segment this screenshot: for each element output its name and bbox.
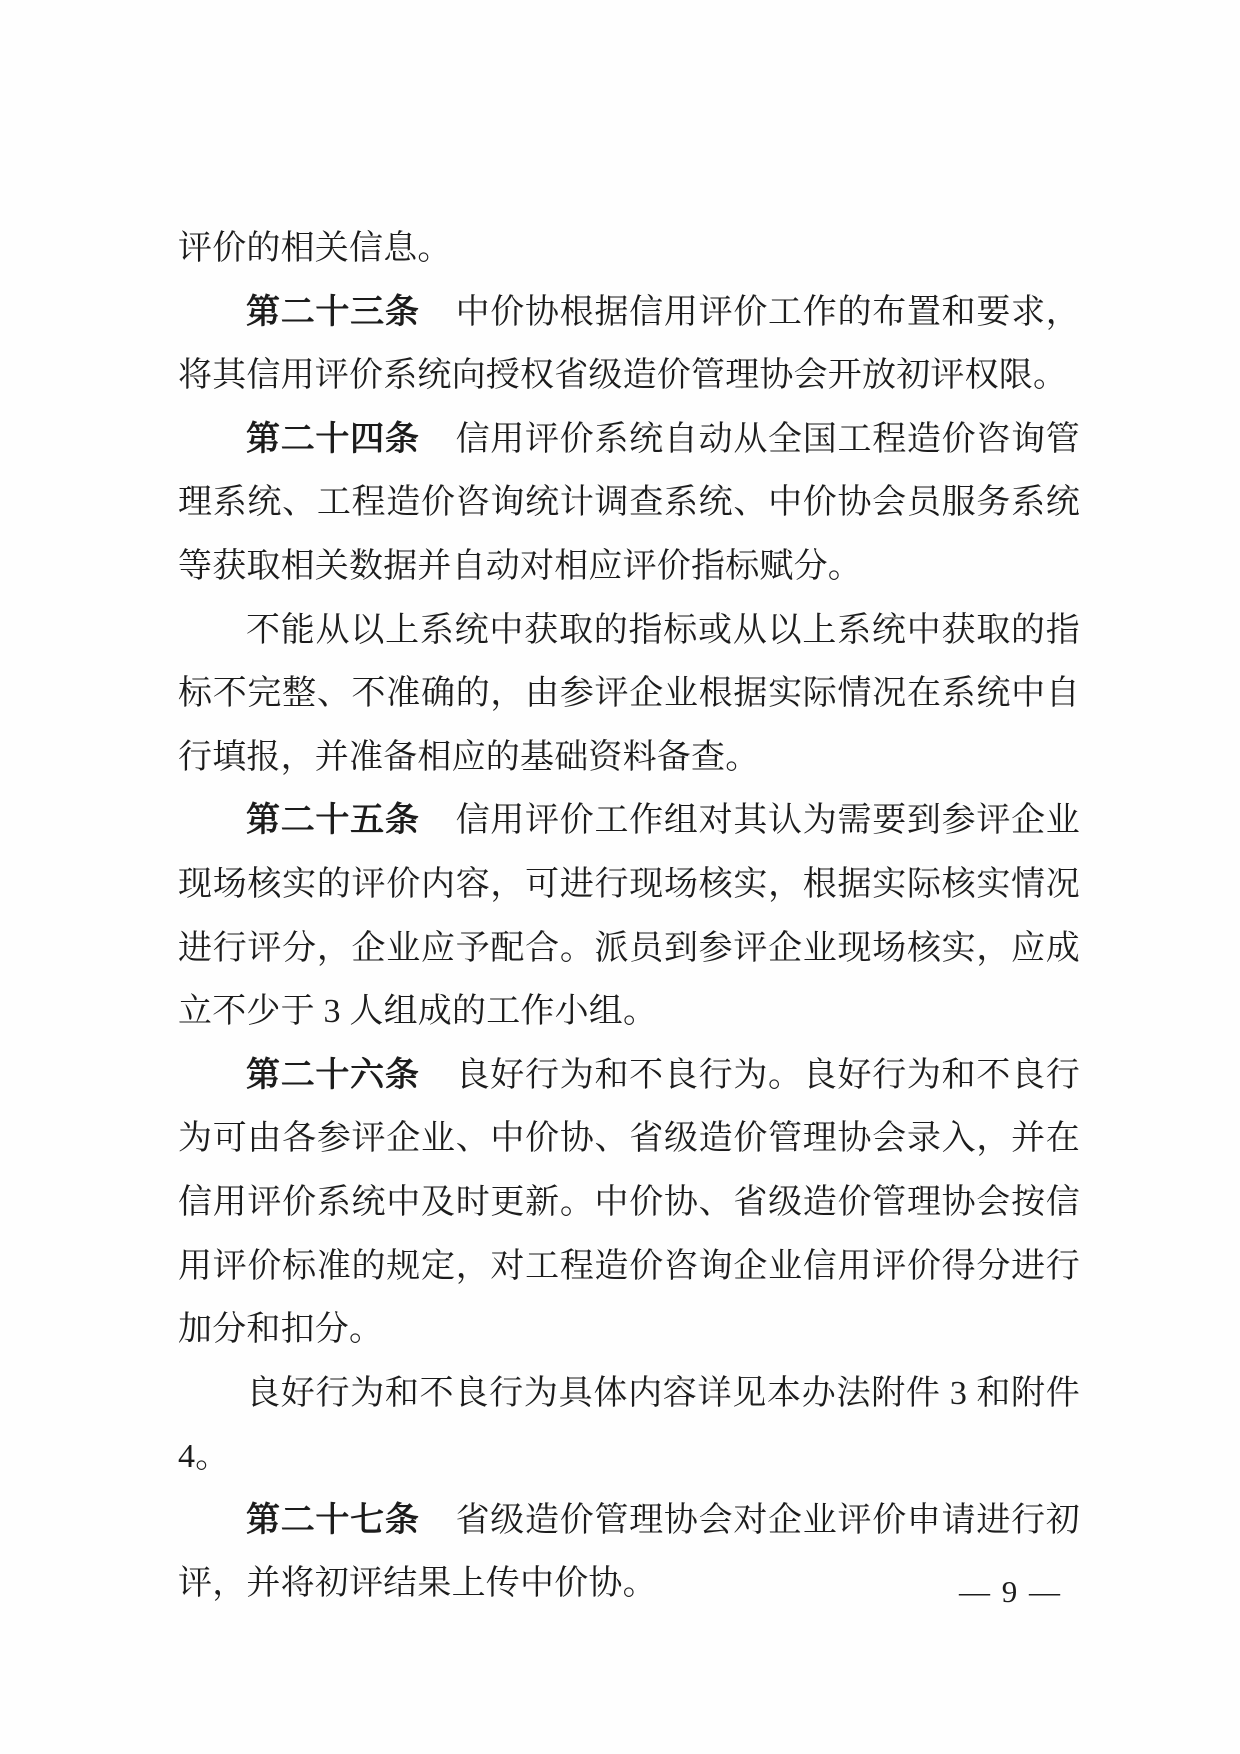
paragraph-text: 不能从以上系统中获取的指标或从以上系统中获取的指标不完整、不准确的，由参评企业根… [178,612,1080,776]
paragraph-text: 良好行为和不良行为具体内容详见本办法附件 3 和附件 4。 [178,1375,1080,1476]
page-number: — 9 — [959,1574,1062,1610]
paragraph: 良好行为和不良行为具体内容详见本办法附件 3 和附件 4。 [178,1362,1080,1489]
article-paragraph: 第二十三条中价协根据信用评价工作的布置和要求，将其信用评价系统向授权省级造价管理… [178,281,1080,408]
article-paragraph: 第二十七条省级造价管理协会对企业评价申请进行初评，并将初评结果上传中价协。 [178,1489,1080,1616]
article-number: 第二十四条 [246,421,420,458]
paragraph: 不能从以上系统中获取的指标或从以上系统中获取的指标不完整、不准确的，由参评企业根… [178,599,1080,790]
paragraph: 评价的相关信息。 [178,217,1080,281]
article-number: 第二十五条 [246,802,420,839]
paragraph-text: 评价的相关信息。 [178,230,452,267]
article-number: 第二十六条 [246,1057,420,1094]
article-paragraph: 第二十五条信用评价工作组对其认为需要到参评企业现场核实的评价内容，可进行现场核实… [178,789,1080,1043]
article-number: 第二十七条 [246,1502,420,1539]
paragraph-text: 良好行为和不良行为。良好行为和不良行为可由各参评企业、中价协、省级造价管理协会录… [178,1057,1080,1348]
article-paragraph: 第二十六条良好行为和不良行为。良好行为和不良行为可由各参评企业、中价协、省级造价… [178,1044,1080,1362]
article-number: 第二十三条 [246,294,420,331]
document-content: 评价的相关信息。第二十三条中价协根据信用评价工作的布置和要求，将其信用评价系统向… [178,217,1080,1616]
document-page: 评价的相关信息。第二十三条中价协根据信用评价工作的布置和要求，将其信用评价系统向… [0,0,1240,1754]
article-paragraph: 第二十四条信用评价系统自动从全国工程造价咨询管理系统、工程造价咨询统计调查系统、… [178,408,1080,599]
